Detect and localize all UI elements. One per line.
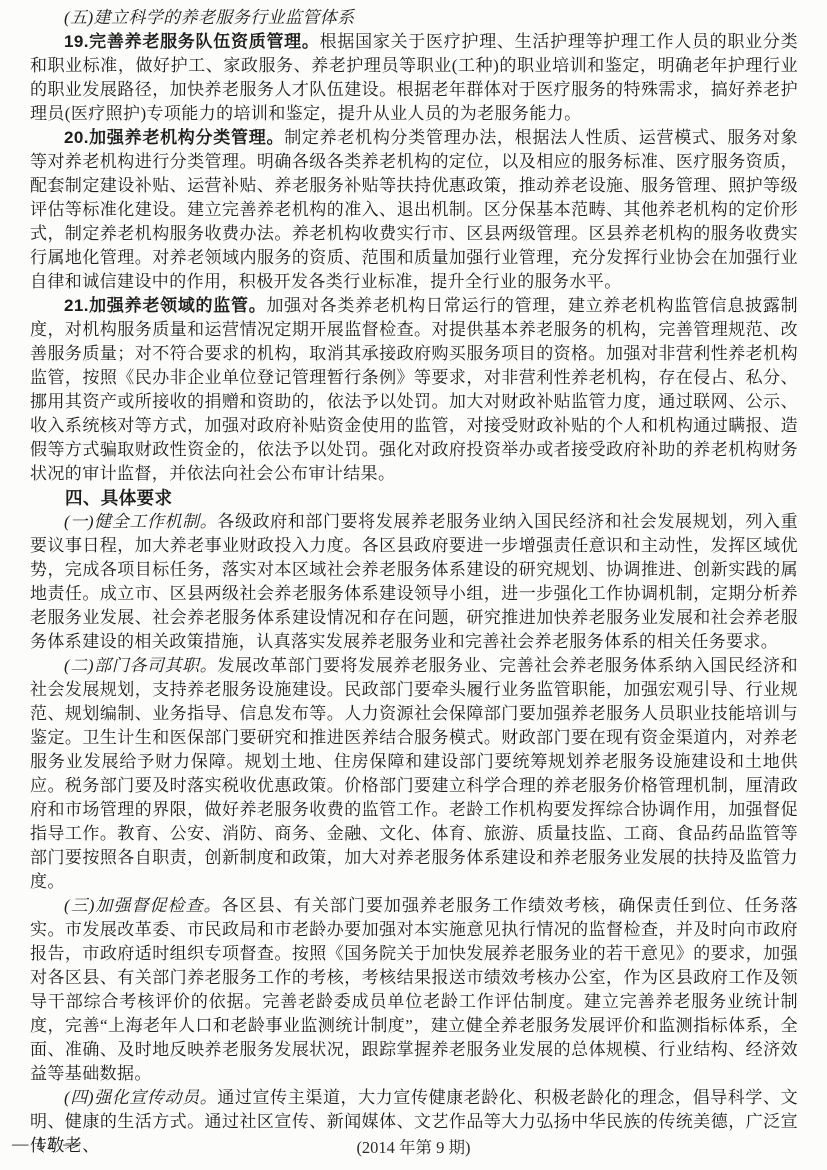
item-19-lead: 19.完善养老服务队伍资质管理。 xyxy=(64,32,320,51)
requirement-4-lead: (四)强化宣传动员。 xyxy=(64,1088,217,1107)
page-footer: — 12 — (2014 年第 9 期) xyxy=(0,1134,827,1160)
item-21-lead: 21.加强养老领域的监管。 xyxy=(64,296,266,315)
item-21-body: 加强对各类养老机构日常运行的管理，建立养老机构监管信息披露制度，对机构服务质量和… xyxy=(30,296,798,483)
paragraph-item-21: 21.加强养老领域的监管。加强对各类养老机构日常运行的管理，建立养老机构监管信息… xyxy=(30,294,798,486)
issue-label: (2014 年第 9 期) xyxy=(0,1134,827,1158)
document-page: (五)建立科学的养老服务行业监管体系 19.完善养老服务队伍资质管理。根据国家关… xyxy=(0,0,827,1170)
paragraph-requirement-3: (三)加强督促检查。各区县、有关部门要加强养老服务工作绩效考核，确保责任到位、任… xyxy=(30,894,798,1086)
requirement-1-lead: (一)健全工作机制。 xyxy=(64,512,217,531)
section-4-heading: 四、具体要求 xyxy=(30,486,798,510)
paragraph-requirement-2: (二)部门各司其职。发展改革部门要将发展养老服务业、完善社会养老服务体系纳入国民… xyxy=(30,654,798,894)
paragraph-item-20: 20.加强养老机构分类管理。制定养老机构分类管理办法，根据法人性质、运营模式、服… xyxy=(30,126,798,294)
requirement-1-body: 各级政府和部门要将发展养老服务业纳入国民经济和社会发展规划，列入重要议事日程，加… xyxy=(30,512,798,651)
section-5-heading: (五)建立科学的养老服务行业监管体系 xyxy=(30,6,798,30)
requirement-2-body: 发展改革部门要将发展养老服务业、完善社会养老服务体系纳入国民经济和社会发展规划，… xyxy=(30,656,798,891)
requirement-3-body: 各区县、有关部门要加强养老服务工作绩效考核，确保责任到位、任务落实。市发展改革委… xyxy=(30,896,798,1083)
paragraph-item-19: 19.完善养老服务队伍资质管理。根据国家关于医疗护理、生活护理等护理工作人员的职… xyxy=(30,30,798,126)
paragraph-requirement-1: (一)健全工作机制。各级政府和部门要将发展养老服务业纳入国民经济和社会发展规划，… xyxy=(30,510,798,654)
requirement-3-lead: (三)加强督促检查。 xyxy=(64,896,222,915)
requirement-2-lead: (二)部门各司其职。 xyxy=(64,656,217,675)
item-20-body: 制定养老机构分类管理办法，根据法人性质、运营模式、服务对象等对养老机构进行分类管… xyxy=(30,128,798,291)
document-body: (五)建立科学的养老服务行业监管体系 19.完善养老服务队伍资质管理。根据国家关… xyxy=(30,6,798,1158)
item-20-lead: 20.加强养老机构分类管理。 xyxy=(64,128,284,147)
